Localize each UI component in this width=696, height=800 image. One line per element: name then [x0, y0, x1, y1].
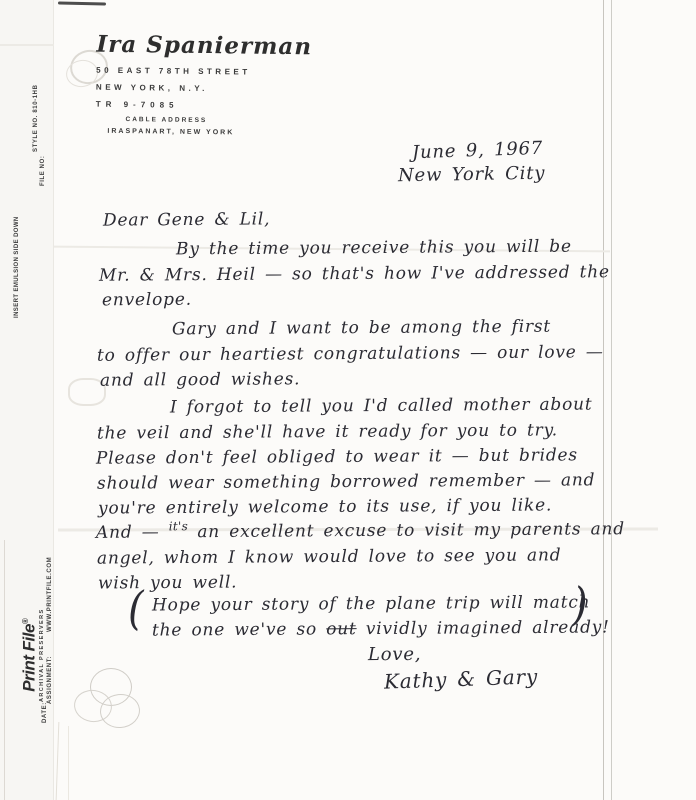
handwriting-line: and all good wishes. — [100, 369, 300, 390]
letterhead-phone: TR 9-7085 — [96, 100, 312, 112]
fold-streak — [56, 722, 60, 800]
handwriting-line: you're entirely welcome to its use, if y… — [98, 495, 552, 518]
sleeve-right-edge — [611, 0, 612, 800]
letterhead-cable-label: CABLE ADDRESS — [126, 116, 312, 125]
printfile-logo: Print File® ARCHIVAL PRESERVERS — [17, 608, 46, 702]
letter-date-line1: June 9, 1967 — [412, 138, 544, 164]
handwriting-line: Gary and I want to be among the first — [172, 317, 551, 340]
handwriting-line: I forgot to tell you I'd called mother a… — [170, 395, 593, 418]
fold-streak — [68, 726, 69, 800]
handwriting-line-with-insertion: And — it's an excellent excuse to visit … — [96, 519, 625, 543]
sleeve-style-no-label: STYLE NO. 810-1HB — [33, 84, 39, 152]
scanned-letter: STYLE NO. 810-1HB FILE NO: INSERT EMULSI… — [0, 0, 696, 800]
closing: Love, — [368, 644, 421, 665]
ps-before: the one we've so — [152, 619, 326, 640]
handwriting-line: angel, whom I know would love to see you… — [97, 545, 562, 568]
handwriting-line: Please don't feel obliged to wear it — b… — [96, 445, 578, 468]
printfile-tagline: ARCHIVAL PRESERVERS — [38, 608, 46, 702]
letterhead: Ira Spanierman 50 EAST 78TH STREET NEW Y… — [95, 31, 312, 138]
insertion-after: an excellent excuse to visit my parents … — [197, 519, 625, 542]
crease-line — [0, 44, 54, 46]
sleeve-date-label: DATE: — [42, 702, 48, 723]
letterhead-address2: NEW YORK, N.Y. — [96, 83, 312, 95]
handwriting-line: the veil and she'll have it ready for yo… — [97, 420, 558, 443]
paper-right-edge — [603, 0, 604, 800]
signature: Kathy & Gary — [384, 664, 539, 693]
ps-line-with-strikethrough: the one we've so out vividly imagined al… — [152, 617, 610, 640]
letter-date-line2: New York City — [398, 163, 546, 187]
sleeve-strip: STYLE NO. 810-1HB FILE NO: INSERT EMULSI… — [0, 0, 54, 800]
open-paren: ( — [128, 583, 144, 636]
registered-mark: ® — [21, 619, 30, 624]
inserted-word: it's — [169, 519, 188, 533]
letterhead-name: Ira Spanierman — [96, 31, 312, 61]
handwriting-line: By the time you receive this you will be — [176, 237, 572, 260]
printfile-brand: Print File® — [17, 608, 38, 702]
brand-text: Print File — [20, 624, 39, 692]
letterhead-address1: 50 EAST 78TH STREET — [96, 66, 312, 78]
sleeve-insert-label: INSERT EMULSION SIDE DOWN — [14, 216, 20, 318]
handwriting-line: envelope. — [102, 290, 192, 311]
struck-word: out — [326, 619, 357, 639]
sleeve-edge-line — [4, 540, 5, 800]
salutation: Dear Gene & Lil, — [103, 209, 270, 230]
insertion-before: And — — [96, 522, 160, 542]
handwriting-line: wish you well. — [98, 573, 237, 594]
handwriting-line: to offer our heartiest congratulations —… — [97, 342, 604, 366]
scan-top-mark — [58, 1, 106, 5]
letterhead-cable-value: IRASPANART, NEW YORK — [107, 128, 311, 137]
handwriting-line: should wear something borrowed remember … — [97, 470, 595, 493]
handwriting-line: Mr. & Mrs. Heil — so that's how I've add… — [99, 262, 610, 286]
close-paren: ) — [572, 579, 588, 632]
paper-left-edge — [53, 0, 54, 800]
sleeve-file-no-label: FILE NO: — [40, 156, 46, 186]
ps-line: Hope your story of the plane trip will m… — [152, 592, 591, 615]
